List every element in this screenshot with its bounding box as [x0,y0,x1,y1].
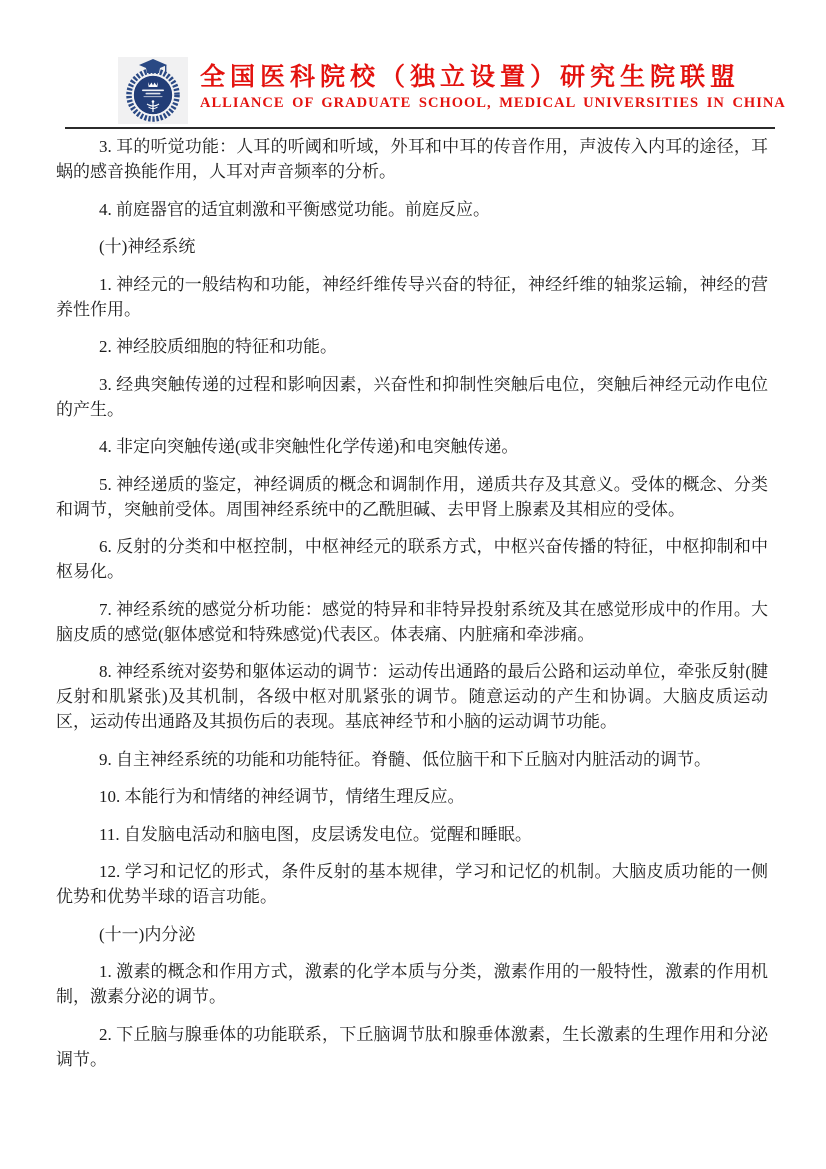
document-paragraph: 7. 神经系统的感觉分析功能：感觉的特异和非特异投射系统及其在感觉形成中的作用。… [56,597,768,647]
document-paragraph: 2. 神经胶质细胞的特征和功能。 [56,334,768,359]
document-paragraph: 4. 非定向突触传递(或非突触性化学传递)和电突触传递。 [56,434,768,459]
document-paragraph: 12. 学习和记忆的形式，条件反射的基本规律，学习和记忆的机制。大脑皮质功能的一… [56,859,768,909]
document-paragraph: 1. 神经元的一般结构和功能，神经纤维传导兴奋的特征，神经纤维的轴浆运输，神经的… [56,272,768,322]
document-paragraph: (十)神经系统 [56,234,768,259]
document-paragraph: 3. 耳的听觉功能：人耳的听阈和听域，外耳和中耳的传音作用，声波传入内耳的途径，… [56,134,768,184]
document-paragraph: 5. 神经递质的鉴定，神经调质的概念和调制作用，递质共存及其意义。受体的概念、分… [56,472,768,522]
document-paragraph: 8. 神经系统对姿势和躯体运动的调节：运动传出通路的最后公路和运动单位，牵张反射… [56,659,768,734]
document-paragraph: 11. 自发脑电活动和脑电图，皮层诱发电位。觉醒和睡眠。 [56,822,768,847]
document-paragraph: 10. 本能行为和情绪的神经调节，情绪生理反应。 [56,784,768,809]
document-body: 3. 耳的听觉功能：人耳的听阈和听域，外耳和中耳的传音作用，声波传入内耳的途径，… [0,129,826,1072]
header-titles: 全国医科院校（独立设置）研究生院联盟 ALLIANCE OF GRADUATE … [200,57,768,111]
document-paragraph: 9. 自主神经系统的功能和功能特征。脊髓、低位脑干和下丘脑对内脏活动的调节。 [56,747,768,772]
document-paragraph: 6. 反射的分类和中枢控制，中枢神经元的联系方式，中枢兴奋传播的特征，中枢抑制和… [56,534,768,584]
document-paragraph: 4. 前庭器官的适宜刺激和平衡感觉功能。前庭反应。 [56,197,768,222]
document-header: 全国医科院校（独立设置）研究生院联盟 ALLIANCE OF GRADUATE … [0,0,826,124]
document-paragraph: 1. 激素的概念和作用方式，激素的化学本质与分类，激素作用的一般特性，激素的作用… [56,959,768,1009]
document-paragraph: 2. 下丘脑与腺垂体的功能联系，下丘脑调节肽和腺垂体激素，生长激素的生理作用和分… [56,1022,768,1072]
alliance-logo [118,57,188,124]
document-paragraph: (十一)内分泌 [56,922,768,947]
alliance-title-chinese: 全国医科院校（独立设置）研究生院联盟 [200,64,768,92]
alliance-title-english: ALLIANCE OF GRADUATE SCHOOL, MEDICAL UNI… [200,96,768,112]
document-page: 全国医科院校（独立设置）研究生院联盟 ALLIANCE OF GRADUATE … [0,0,826,1169]
alliance-emblem-icon [118,57,188,124]
document-paragraph: 3. 经典突触传递的过程和影响因素，兴奋性和抑制性突触后电位，突触后神经元动作电… [56,372,768,422]
